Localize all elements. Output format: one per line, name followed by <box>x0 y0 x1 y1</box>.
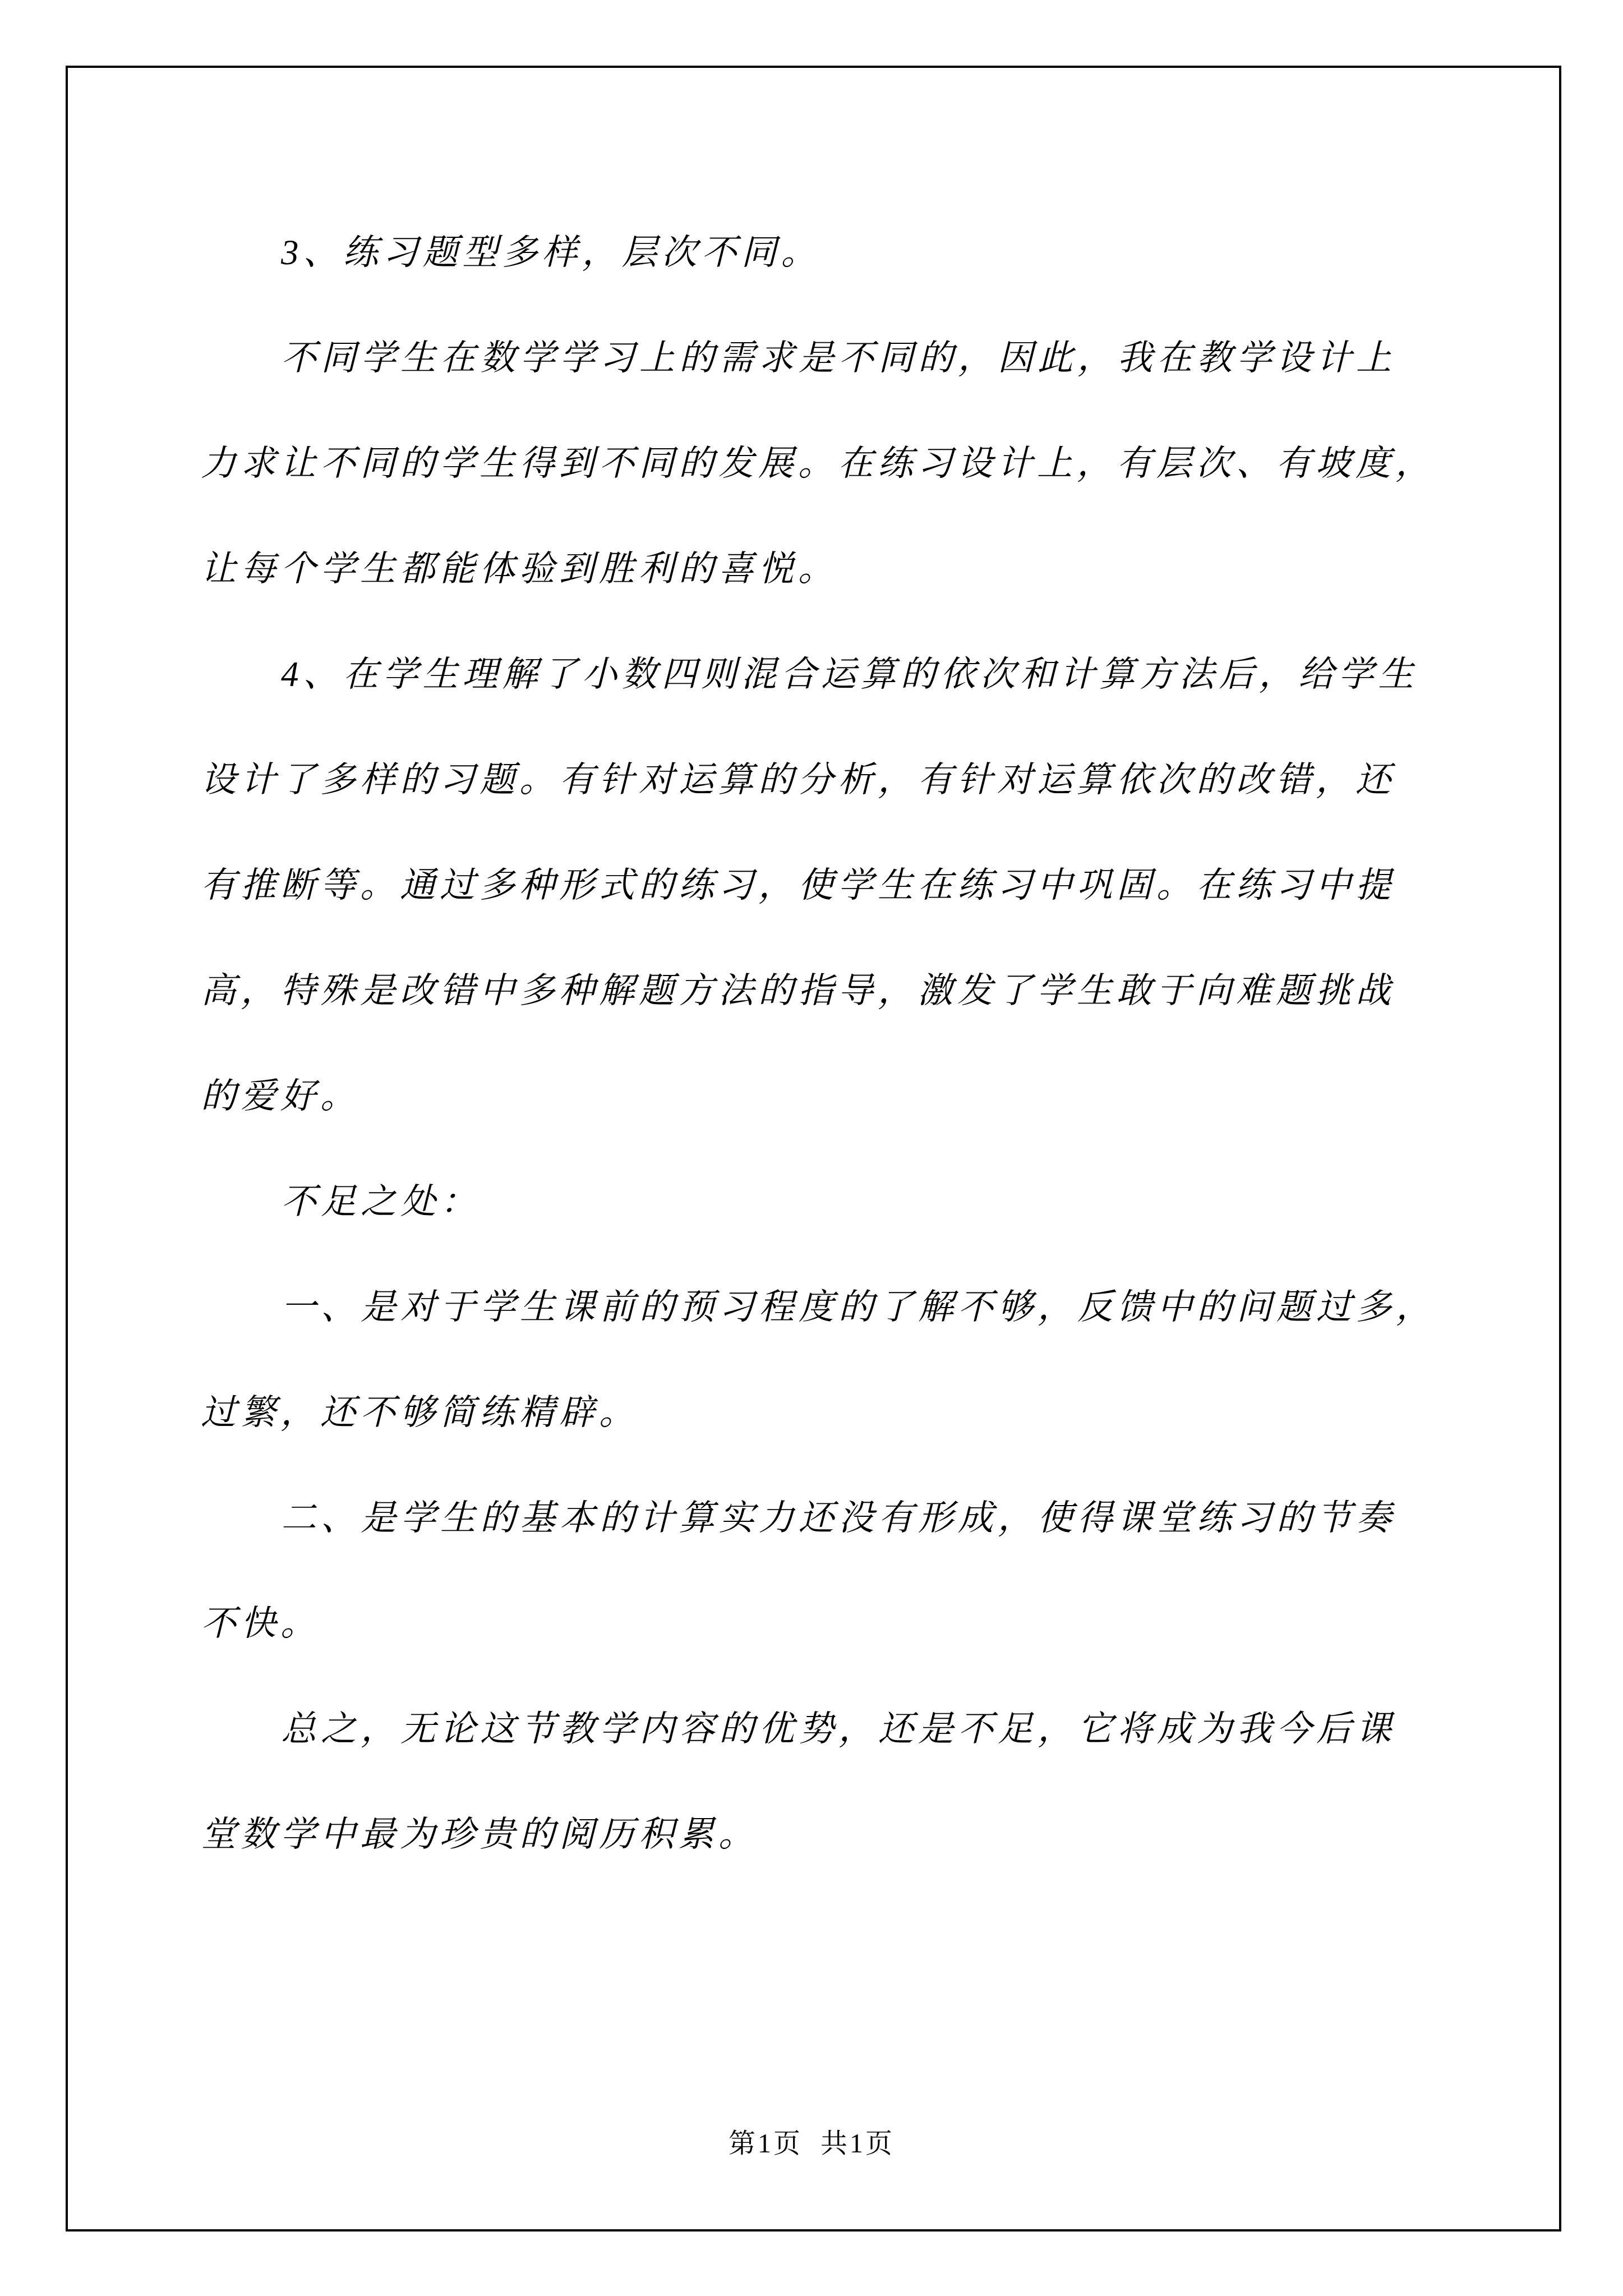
text-line: 有推断等。通过多种形式的练习，使学生在练习中巩固。在练习中提 <box>201 832 1457 938</box>
text-line: 总之，无论这节教学内容的优势，还是不足，它将成为我今后课 <box>201 1676 1457 1782</box>
text-line: 高，特殊是改错中多种解题方法的指导，激发了学生敢于向难题挑战 <box>201 938 1457 1043</box>
text-line: 的爱好。 <box>201 1043 1457 1149</box>
text-line: 设计了多样的习题。有针对运算的分析，有针对运算依次的改错，还 <box>201 727 1457 832</box>
text-line: 让每个学生都能体验到胜利的喜悦。 <box>201 516 1457 622</box>
text-line: 4、在学生理解了小数四则混合运算的依次和计算方法后，给学生 <box>201 622 1457 727</box>
text-line: 3、练习题型多样，层次不同。 <box>201 200 1457 305</box>
document-body: 3、练习题型多样，层次不同。 不同学生在数学学习上的需求是不同的，因此，我在教学… <box>201 200 1457 1887</box>
text-line: 堂数学中最为珍贵的阅历积累。 <box>201 1782 1457 1887</box>
text-line: 不足之处： <box>201 1149 1457 1254</box>
text-line: 一、是对于学生课前的预习程度的了解不够，反馈中的问题过多， <box>201 1254 1457 1360</box>
page-number-footer: 第1页 共1页 <box>0 2110 1623 2178</box>
text-line: 不同学生在数学学习上的需求是不同的，因此，我在教学设计上 <box>201 305 1457 411</box>
text-line: 过繁，还不够简练精辟。 <box>201 1360 1457 1465</box>
text-line: 二、是学生的基本的计算实力还没有形成，使得课堂练习的节奏 <box>201 1465 1457 1571</box>
text-line: 不快。 <box>201 1571 1457 1676</box>
text-line: 力求让不同的学生得到不同的发展。在练习设计上，有层次、有坡度， <box>201 411 1457 516</box>
document-page: 3、练习题型多样，层次不同。 不同学生在数学学习上的需求是不同的，因此，我在教学… <box>0 0 1623 2296</box>
